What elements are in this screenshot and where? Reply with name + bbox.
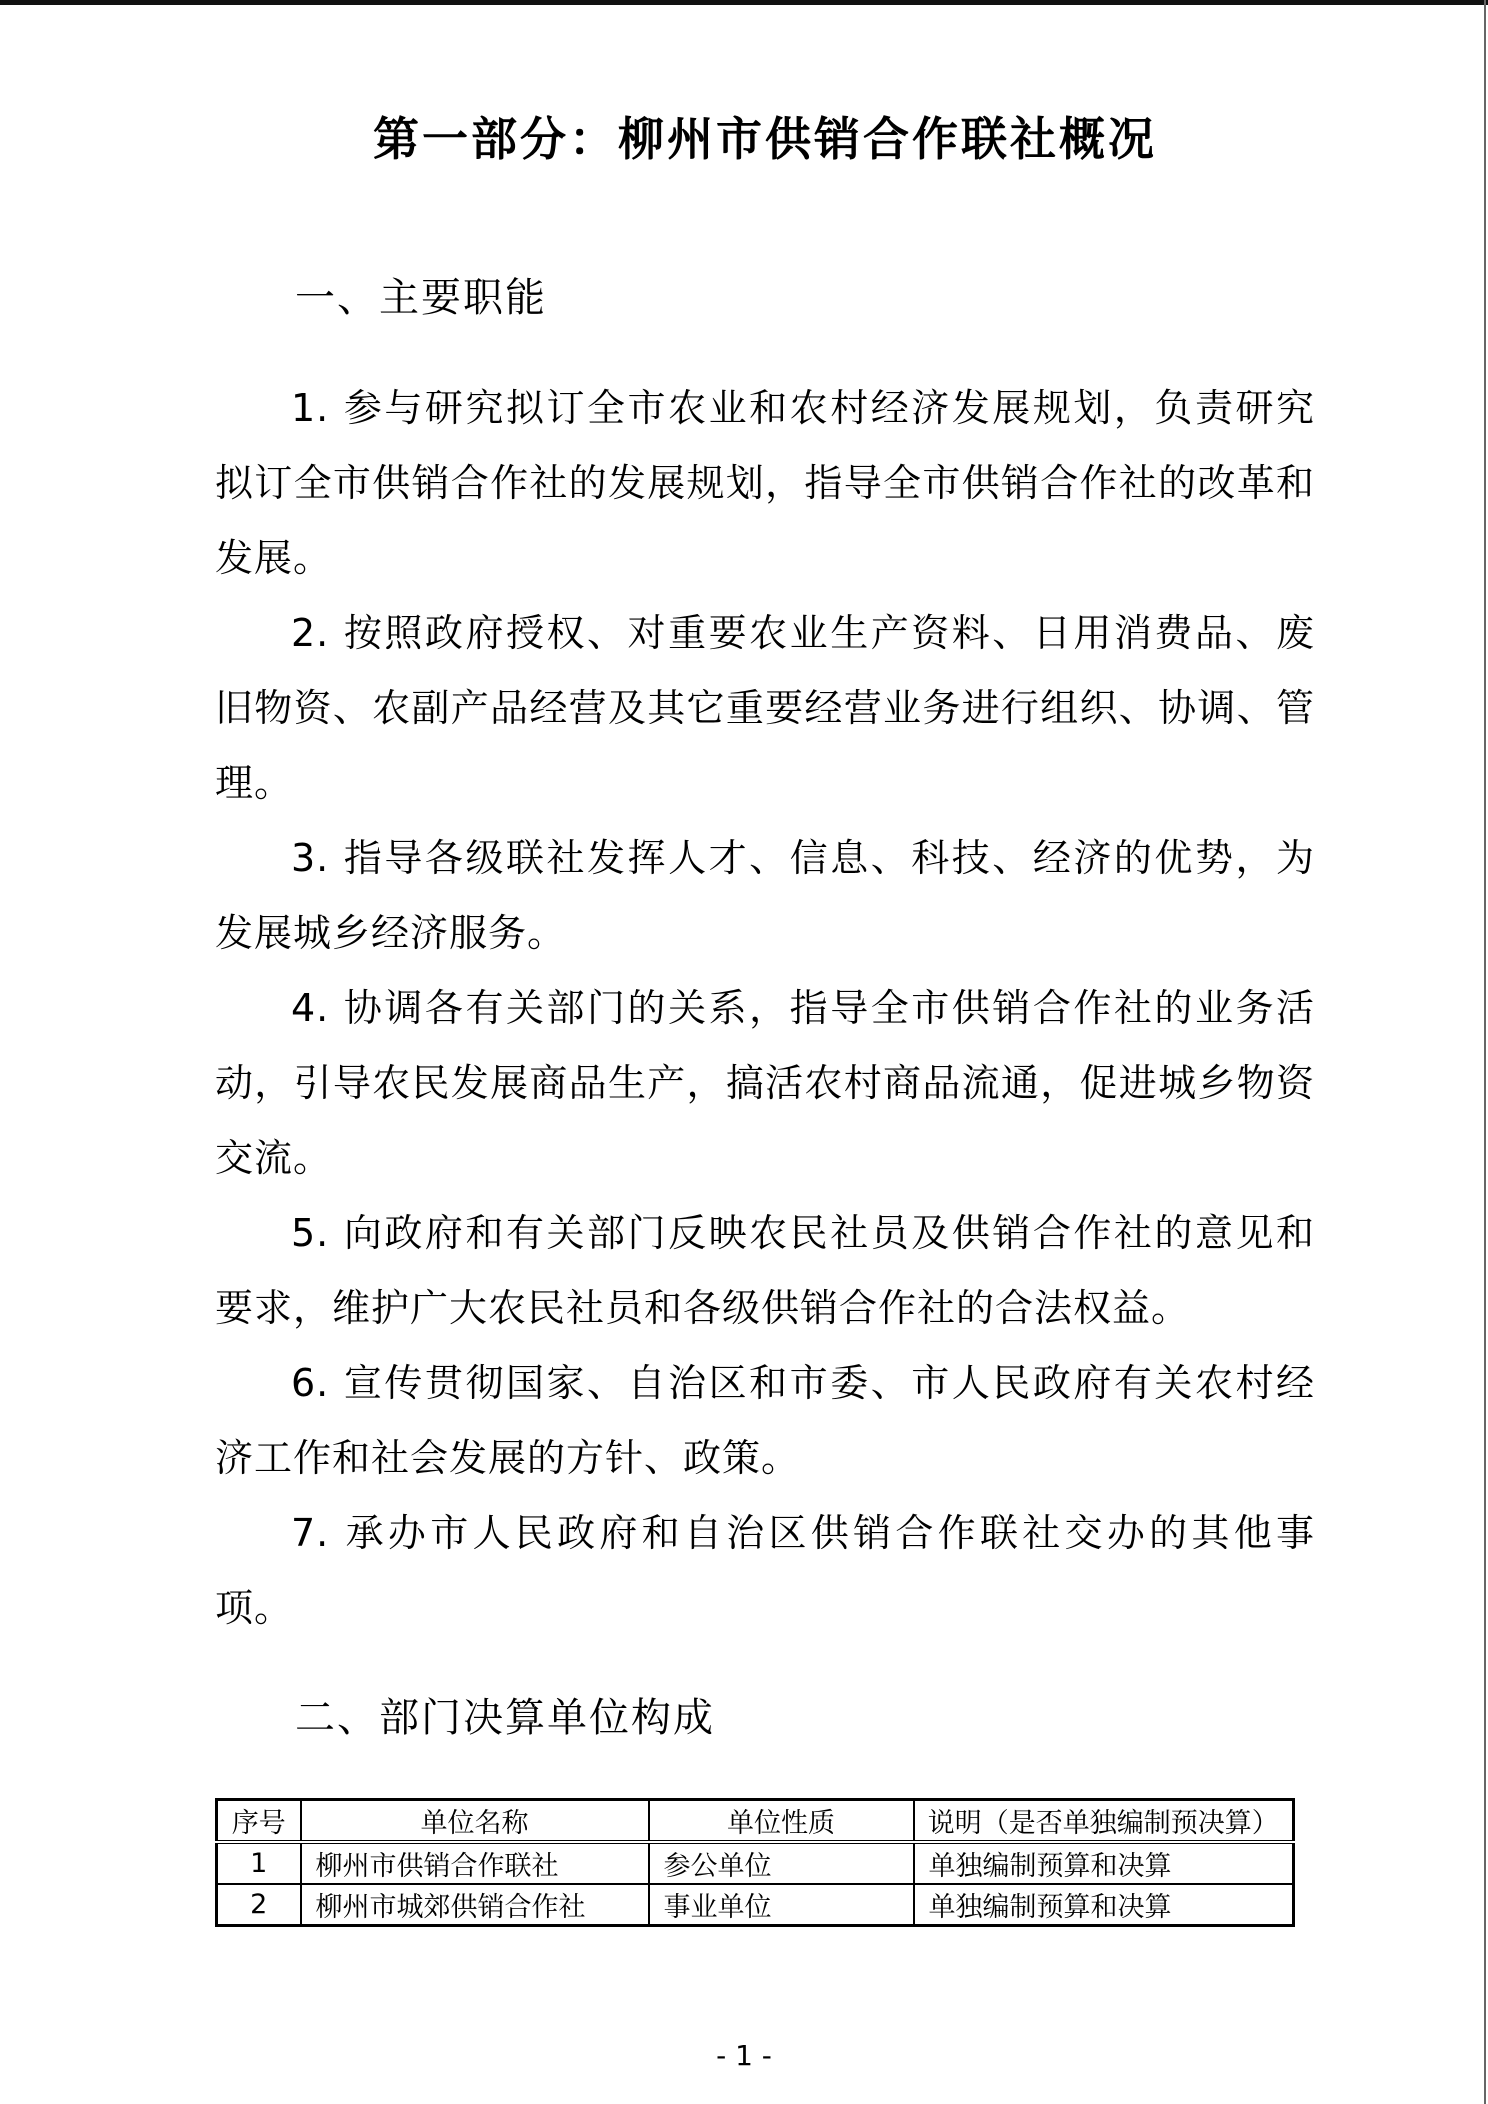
functions-paragraph-4: 4. 协调各有关部门的关系，指导全市供销合作社的业务活动，引导农民发展商品生产，…: [215, 971, 1315, 1196]
table-cell-unit-type: 参公单位: [649, 1842, 914, 1884]
functions-paragraph-6: 6. 宣传贯彻国家、自治区和市委、市人民政府有关农村经济工作和社会发展的方针、政…: [215, 1346, 1315, 1496]
table-cell-note: 单独编制预算和决算: [914, 1884, 1294, 1926]
scan-right-edge-artifact: [1484, 0, 1486, 2104]
section-heading-main-functions: 一、主要职能: [215, 268, 1315, 328]
units-table: 序号 单位名称 单位性质 说明（是否单独编制预决算） 1 柳州市供销合作联社 参…: [215, 1798, 1295, 1927]
document-page: 第一部分：柳州市供销合作联社概况 一、主要职能 1. 参与研究拟订全市农业和农村…: [0, 0, 1488, 2104]
functions-paragraph-2: 2. 按照政府授权、对重要农业生产资料、日用消费品、废旧物资、农副产品经营及其它…: [215, 596, 1315, 821]
functions-paragraph-3: 3. 指导各级联社发挥人才、信息、科技、经济的优势，为发展城乡经济服务。: [215, 821, 1315, 971]
functions-paragraph-list: 1. 参与研究拟订全市农业和农村经济发展规划，负责研究拟订全市供销合作社的发展规…: [215, 371, 1315, 1646]
functions-paragraph-7: 7. 承办市人民政府和自治区供销合作联社交办的其他事项。: [215, 1496, 1315, 1646]
table-header-row: 序号 单位名称 单位性质 说明（是否单独编制预决算）: [217, 1800, 1294, 1843]
table-row: 2 柳州市城郊供销合作社 事业单位 单独编制预算和决算: [217, 1884, 1294, 1926]
document-title: 第一部分：柳州市供销合作联社概况: [215, 98, 1315, 180]
table-cell-unit-type: 事业单位: [649, 1884, 914, 1926]
table-header-unit-type: 单位性质: [649, 1800, 914, 1843]
table-cell-index: 1: [217, 1842, 301, 1884]
table-header-unit-name: 单位名称: [301, 1800, 649, 1843]
table-header-index: 序号: [217, 1800, 301, 1843]
page-number: - 1 -: [0, 2036, 1488, 2076]
functions-paragraph-5: 5. 向政府和有关部门反映农民社员及供销合作社的意见和要求，维护广大农民社员和各…: [215, 1196, 1315, 1346]
section-heading-unit-composition: 二、部门决算单位构成: [215, 1688, 1315, 1748]
functions-paragraph-1: 1. 参与研究拟订全市农业和农村经济发展规划，负责研究拟订全市供销合作社的发展规…: [215, 371, 1315, 596]
table-cell-note: 单独编制预算和决算: [914, 1842, 1294, 1884]
table-header-note: 说明（是否单独编制预决算）: [914, 1800, 1294, 1843]
table-row: 1 柳州市供销合作联社 参公单位 单独编制预算和决算: [217, 1842, 1294, 1884]
table-cell-unit-name: 柳州市供销合作联社: [301, 1842, 649, 1884]
table-cell-unit-name: 柳州市城郊供销合作社: [301, 1884, 649, 1926]
document-content: 第一部分：柳州市供销合作联社概况 一、主要职能 1. 参与研究拟订全市农业和农村…: [215, 0, 1315, 1927]
table-cell-index: 2: [217, 1884, 301, 1926]
